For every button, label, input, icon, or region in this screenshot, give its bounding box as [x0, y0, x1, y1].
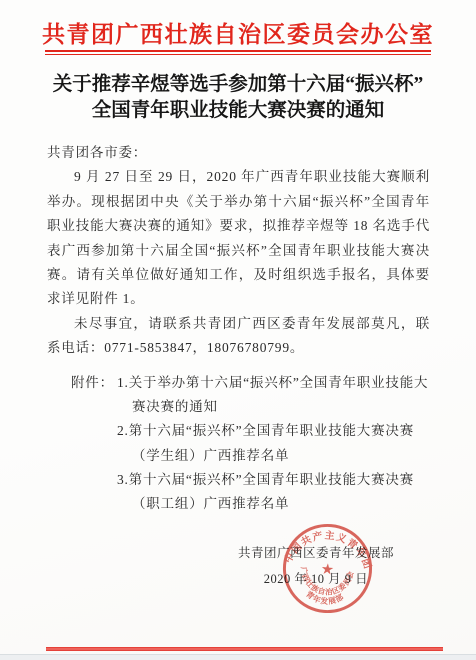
doc-title-line1: 关于推荐辛煜等选手参加第十六届“振兴杯”	[20, 72, 456, 98]
page-bottom-edge	[0, 654, 476, 660]
document-page: 共青团广西壮族自治区委员会办公室 关于推荐辛煜等选手参加第十六届“振兴杯” 全国…	[0, 0, 476, 660]
header-divider	[45, 50, 431, 55]
letter-body: 共青团各市委： 9 月 27 日至 29 日，2020 年广西青年职业技能大赛顺…	[47, 141, 430, 361]
attachment-item: 1.关于举办第十六届“振兴杯”全国青年职业技能大赛决赛的通知	[117, 371, 431, 419]
attachment-item: 2.第十六届“振兴杯”全国青年职业技能大赛决赛（学生组）广西推荐名单	[117, 419, 431, 467]
attachments-list: 1.关于举办第十六届“振兴杯”全国青年职业技能大赛决赛的通知 2.第十六届“振兴…	[117, 371, 431, 516]
doc-title-line2: 全国青年职业技能大赛决赛的通知	[20, 98, 456, 124]
star-icon: ★	[320, 562, 335, 579]
official-seal: 中国共产主义青年团 广西壮族自治区委员会 青年发展部 ★	[277, 518, 378, 619]
doc-title: 关于推荐辛煜等选手参加第十六届“振兴杯” 全国青年职业技能大赛决赛的通知	[20, 72, 456, 124]
attachment-item: 3.第十六届“振兴杯”全国青年职业技能大赛决赛（职工组）广西推荐名单	[117, 468, 431, 516]
attachments-label: 附件：	[71, 371, 114, 395]
body-paragraph-1: 9 月 27 日至 29 日，2020 年广西青年职业技能大赛顺利举办。现根据团…	[47, 165, 430, 311]
bottom-divider	[46, 647, 443, 651]
attachments-block: 附件： 1.关于举办第十六届“振兴杯”全国青年职业技能大赛决赛的通知 2.第十六…	[71, 371, 431, 516]
salutation: 共青团各市委：	[47, 141, 430, 165]
org-header: 共青团广西壮族自治区委员会办公室	[0, 16, 476, 49]
body-paragraph-2: 未尽事宜，请联系共青团广西区委青年发展部莫凡，联系电话：0771-5853847…	[47, 312, 430, 361]
